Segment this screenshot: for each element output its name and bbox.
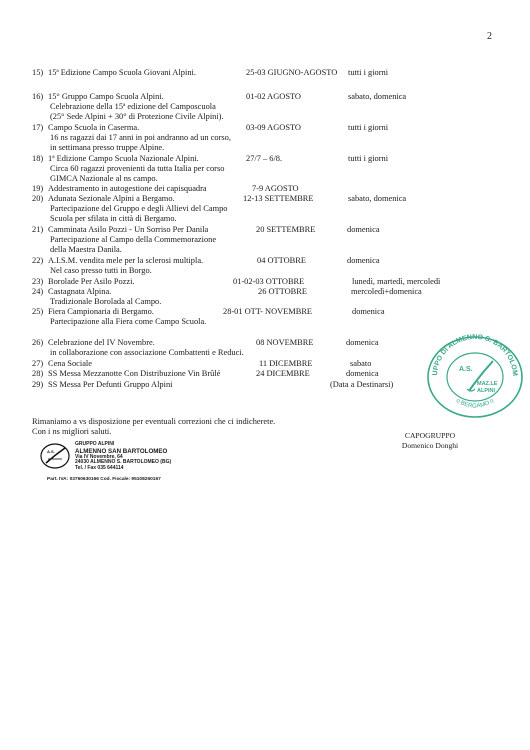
signature-name: Domenico Donghi bbox=[380, 441, 480, 451]
event-date: 01-02-03 OTTOBRE bbox=[233, 277, 304, 287]
event-description: Partecipazione del Gruppo e degli Alliev… bbox=[50, 204, 227, 214]
event-date: 25-03 GIUGNO-AGOSTO bbox=[246, 68, 337, 78]
svg-text:MAZ.LE: MAZ.LE bbox=[477, 381, 498, 387]
event-date: 26 OTTOBRE bbox=[258, 287, 307, 297]
event-number: 26) bbox=[32, 338, 43, 348]
svg-text:A.S.: A.S. bbox=[47, 449, 55, 454]
event-date: 11 DICEMBRE bbox=[259, 359, 312, 369]
event-title: Camminata Asilo Pozzi - Un Sorriso Per D… bbox=[48, 225, 208, 235]
event-title: Castagnata Alpina. bbox=[48, 287, 111, 297]
event-title: 15° Gruppo Campo Scuola Alpini. bbox=[48, 92, 164, 102]
event-number: 28) bbox=[32, 369, 43, 379]
letterhead-stamp: A.S. GRUPPO ALPINI ALMENNO SAN BARTOLOME… bbox=[38, 440, 208, 490]
event-number: 29) bbox=[32, 380, 43, 390]
event-title: SS Messa Per Defunti Gruppo Alpini bbox=[48, 380, 172, 390]
event-title: Addestramento in autogestione dei capisq… bbox=[48, 184, 207, 194]
signature-role: CAPOGRUPPO bbox=[380, 431, 480, 441]
event-date: 28-01 OTT- NOVEMBRE bbox=[223, 307, 312, 317]
event-title: Celebrazione del IV Novembre. bbox=[48, 338, 155, 348]
event-description: Nel caso presso tutti in Borgo. bbox=[50, 266, 152, 276]
event-days: domenica bbox=[346, 338, 379, 348]
event-date: 01-02 AGOSTO bbox=[246, 92, 301, 102]
event-number: 23) bbox=[32, 277, 43, 287]
event-days: (Data a Destinarsi) bbox=[330, 380, 393, 390]
event-date: 24 DICEMBRE bbox=[256, 369, 310, 379]
event-days: tutti i giorni bbox=[348, 123, 388, 133]
event-date: 08 NOVEMBRE bbox=[256, 338, 313, 348]
event-description: Scuola per sfilata in città di Bergamo. bbox=[50, 214, 177, 224]
event-days: lunedì, martedì, mercoledì bbox=[352, 277, 440, 287]
event-description: (25° Sede Alpini + 30° di Protezione Civ… bbox=[50, 112, 224, 122]
event-days: domenica bbox=[346, 369, 379, 379]
event-date: 04 OTTOBRE bbox=[257, 256, 306, 266]
alpini-logo-icon: A.S. bbox=[40, 443, 70, 469]
event-days: domenica bbox=[347, 225, 380, 235]
event-days: sabato, domenica bbox=[348, 92, 406, 102]
event-description: Celebrazione della 15ª edizione del Camp… bbox=[50, 102, 216, 112]
event-number: 22) bbox=[32, 256, 43, 266]
event-days: domenica bbox=[347, 256, 380, 266]
event-title: Cena Sociale bbox=[48, 359, 92, 369]
letterhead-line-5: Tel. / Fax 035 644114 bbox=[75, 466, 171, 472]
event-title: 1ª Edizione Campo Scuola Nazionale Alpin… bbox=[48, 154, 199, 164]
event-description: in settimana presso truppe Alpine. bbox=[50, 143, 164, 153]
svg-text:ALPINI: ALPINI bbox=[477, 388, 496, 394]
stamp-seal-icon: GRUPPO DI ALMENNO S. BARTOLOMEO o BERGAM… bbox=[425, 333, 525, 419]
event-number: 16) bbox=[32, 92, 43, 102]
event-title: SS Messa Mezzanotte Con Distribuzione Vi… bbox=[48, 369, 220, 379]
event-description: in collaborazione con associazione Comba… bbox=[50, 348, 244, 358]
event-description: Partecipazione al Campo della Commemoraz… bbox=[50, 235, 216, 245]
event-number: 15) bbox=[32, 68, 43, 78]
group-stamp: GRUPPO DI ALMENNO S. BARTOLOMEO o BERGAM… bbox=[425, 333, 525, 419]
event-description: Circa 60 ragazzi provenienti da tutta It… bbox=[50, 164, 224, 174]
event-number: 21) bbox=[32, 225, 43, 235]
event-days: tutti i giorni bbox=[348, 154, 388, 164]
page-number: 2 bbox=[487, 31, 492, 42]
event-number: 18) bbox=[32, 154, 43, 164]
event-number: 20) bbox=[32, 194, 43, 204]
event-number: 17) bbox=[32, 123, 43, 133]
event-title: Adunata Sezionale Alpini a Bergamo. bbox=[48, 194, 175, 204]
event-title: Campo Scuola in Caserma. bbox=[48, 123, 139, 133]
event-days: sabato bbox=[350, 359, 371, 369]
event-date: 03-09 AGOSTO bbox=[246, 123, 301, 133]
event-description: Partecipazione alla Fiera come Campo Scu… bbox=[50, 317, 206, 327]
event-date: 20 SETTEMBRE bbox=[256, 225, 315, 235]
svg-text:o BERGAMO o: o BERGAMO o bbox=[455, 398, 496, 410]
letterhead-fiscal: Part. IVA: 03760630166 Cod. Fiscale: 951… bbox=[47, 477, 161, 482]
event-description: 16 ns ragazzi dai 17 anni in poi andrann… bbox=[50, 133, 231, 143]
event-date: 7-9 AGOSTO bbox=[252, 184, 299, 194]
event-date: 12-13 SETTEMBRE bbox=[243, 194, 314, 204]
event-date: 27/7 – 6/8. bbox=[246, 154, 282, 164]
event-number: 25) bbox=[32, 307, 43, 317]
event-days: domenica bbox=[352, 307, 385, 317]
event-title: 15ª Edizione Campo Scuola Giovani Alpini… bbox=[48, 68, 196, 78]
event-description: della Maestra Danila. bbox=[50, 245, 122, 255]
svg-text:A.S.: A.S. bbox=[459, 366, 473, 373]
event-number: 19) bbox=[32, 184, 43, 194]
event-number: 27) bbox=[32, 359, 43, 369]
event-days: mercoledì+domenica bbox=[351, 287, 422, 297]
event-title: Fiera Campionaria di Bergamo. bbox=[48, 307, 154, 317]
closing-line-1: Rimaniamo a vs disposizione per eventual… bbox=[32, 417, 275, 427]
event-number: 24) bbox=[32, 287, 43, 297]
event-days: tutti i giorni bbox=[348, 68, 388, 78]
event-days: sabato, domenica bbox=[348, 194, 406, 204]
event-title: Borolade Per Asilo Pozzi. bbox=[48, 277, 135, 287]
closing-line-2: Con i ns migliori saluti. bbox=[32, 427, 111, 437]
event-title: A.I.S.M. vendita mele per la sclerosi mu… bbox=[48, 256, 203, 266]
